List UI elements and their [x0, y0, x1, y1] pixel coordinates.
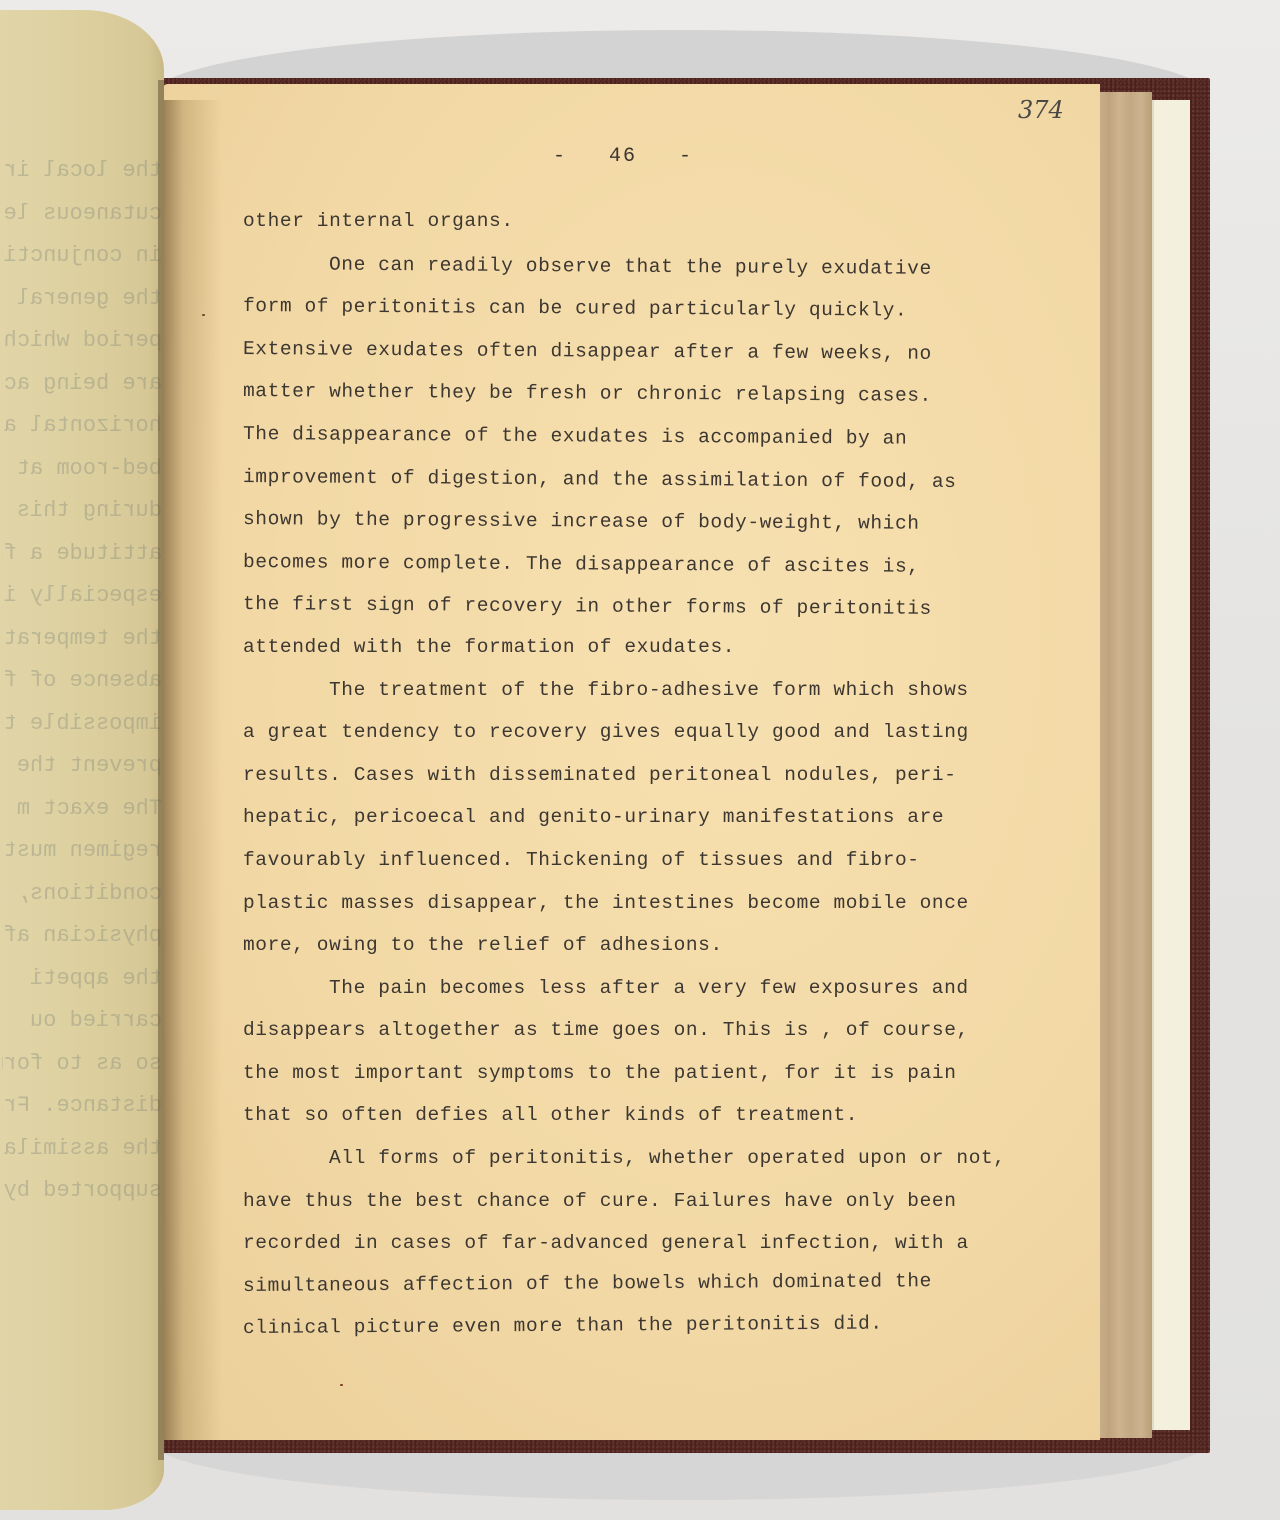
text-line: improvement of digestion, and the assimi…	[243, 456, 1023, 504]
text-line: The disappearance of the exudates is acc…	[243, 413, 1023, 461]
text-line: form of peritonitis can be cured particu…	[243, 285, 1023, 333]
gutter-shadow	[162, 100, 222, 1440]
text-line: recorded in cases of far-advanced genera…	[243, 1222, 1023, 1265]
text-line: that so often defies all other kinds of …	[243, 1094, 1023, 1137]
typed-page-number: - 46 -	[543, 145, 703, 168]
paragraph-start-line: One can readily observe that the purely …	[243, 243, 1023, 291]
text-line: a great tendency to recovery gives equal…	[243, 711, 1023, 754]
page-body-text: other internal organs. One can readily o…	[243, 200, 1023, 1350]
text-line: the most important symptoms to the patie…	[243, 1052, 1023, 1095]
left-page-edge	[158, 80, 164, 1460]
paper-speck	[340, 1384, 343, 1386]
paragraph-start-line: All forms of peritonitis, whether operat…	[243, 1137, 1023, 1180]
handwritten-folio-number: 374	[1018, 96, 1064, 124]
text-line: shown by the progressive increase of bod…	[243, 498, 1023, 546]
paragraph-start-line: The pain becomes less after a very few e…	[243, 967, 1023, 1010]
text-line: disappears altogether as time goes on. T…	[243, 1009, 1023, 1052]
page-block-edges	[1098, 92, 1152, 1438]
text-line: becomes more complete. The disappearance…	[243, 541, 1023, 589]
text-line: simultaneous affection of the bowels whi…	[243, 1259, 1023, 1307]
text-line: results. Cases with disseminated periton…	[243, 754, 1023, 797]
text-line: plastic masses disappear, the intestines…	[243, 882, 1023, 925]
text-line: have thus the best chance of cure. Failu…	[243, 1180, 1023, 1223]
text-line: attended with the formation of exudates.	[243, 626, 1023, 669]
endpaper	[1152, 100, 1190, 1430]
text-line: the first sign of recovery in other form…	[243, 583, 1023, 631]
left-page-bleed-through-text: the local irr cutaneous lesio in conjunc…	[2, 150, 162, 1213]
text-line: favourably influenced. Thickening of tis…	[243, 839, 1023, 882]
text-line: hepatic, pericoecal and genito-urinary m…	[243, 796, 1023, 839]
left-page-curl: the local irr cutaneous lesio in conjunc…	[0, 10, 164, 1510]
paper-speck	[202, 314, 205, 316]
paragraph-start-line: The treatment of the fibro-adhesive form…	[243, 669, 1023, 712]
text-line: more, owing to the relief of adhesions.	[243, 924, 1023, 967]
text-line: Extensive exudates often disappear after…	[243, 328, 1023, 376]
text-line: other internal organs.	[243, 200, 1023, 243]
text-line: matter whether they be fresh or chronic …	[243, 370, 1023, 418]
text-line: clinical picture even more than the peri…	[243, 1302, 1023, 1350]
